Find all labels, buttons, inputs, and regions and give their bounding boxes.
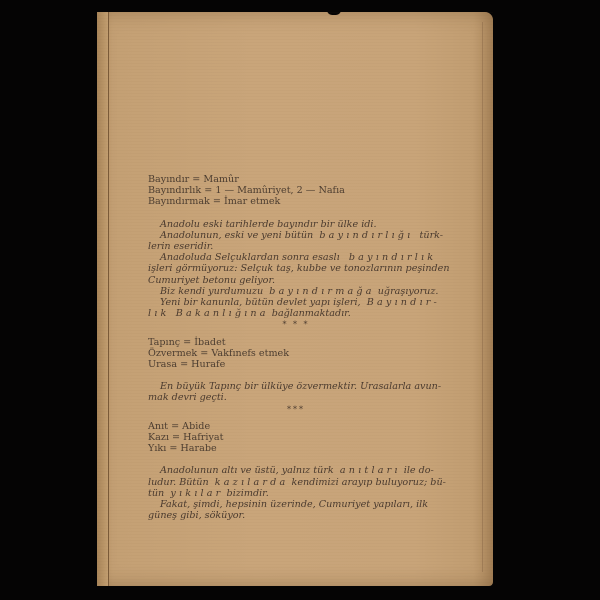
text-line: Biz kendi yurdumuzu bayındırmağa uğraşıy… [148,286,438,297]
text-line: En büyük Tapınç bir ülküye özvermektir. … [148,381,438,392]
spaced-word: bayındırlık [349,252,436,263]
text-line: Fakat, şimdi, hepsinin üzerinde, Cumuriy… [148,499,438,510]
spaced-word: lık Bakanlığına [148,308,269,319]
page-tear [327,10,341,15]
paragraph-1: Anadolu eski tarihlerde bayındır bir ülk… [148,219,438,320]
text-line: işleri görmüyoruz: Selçuk taş, kubbe ve … [148,263,438,274]
definitions-block-2: Tapınç = İbadet Özvermek = Vakfınefs etm… [148,337,438,371]
text-line: ludur. Bütün kazılarda kendimizi arayıp … [148,477,438,488]
text-line: Cumuriyet betonu geliyor. [148,275,438,286]
definitions-block-1: Bayındır = Mamûr Bayındırlık = 1 — Mamûr… [148,174,438,208]
text-line: Anadolu eski tarihlerde bayındır bir ülk… [148,219,438,230]
definitions-block-3: Anıt = Abide Kazı = Hafriyat Yıkı = Hara… [148,421,438,455]
spaced-word: kazılarda [215,477,289,488]
spaced-word: anıtları [340,465,401,476]
definition-line: Yıkı = Harabe [148,443,438,454]
definition-line: Urasa = Hurafe [148,359,438,370]
text-line: tün yıkılar bizimdir. [148,488,438,499]
book-spine [97,12,109,586]
definition-line: Tapınç = İbadet [148,337,438,348]
definition-line: Bayındırmak = İmar etmek [148,196,438,207]
spaced-word: Bayındır- [367,297,440,308]
page-text: Bayındır = Mamûr Bayındırlık = 1 — Mamûr… [148,174,438,521]
page-edge-line [482,22,483,572]
text-line: lerin eseridir. [148,241,438,252]
definition-line: Bayındır = Mamûr [148,174,438,185]
text-line: Anadolunun altı ve üstü, yalnız türk anı… [148,465,438,476]
section-separator: * * * [148,319,438,330]
text-line: lık Bakanlığına bağlanmaktadır. [148,308,438,319]
text-line: Anadolunun, eski ve yeni bütün bayındırl… [148,230,438,241]
spaced-word: yıkılar [170,488,223,499]
paragraph-2: En büyük Tapınç bir ülküye özvermektir. … [148,381,438,403]
definition-line: Kazı = Hafriyat [148,432,438,443]
definition-line: Özvermek = Vakfınefs etmek [148,348,438,359]
text-line: güneş gibi, söküyor. [148,510,438,521]
text-line: Anadoluda Selçuklardan sonra esaslı bayı… [148,252,438,263]
definition-line: Bayındırlık = 1 — Mamûriyet, 2 — Nafıa [148,185,438,196]
section-separator: *** [148,404,438,415]
paragraph-3: Anadolunun altı ve üstü, yalnız türk anı… [148,465,438,521]
text-line: mak devri geçti. [148,392,438,403]
spaced-word: bayındırlığı [319,230,413,241]
definition-line: Anıt = Abide [148,421,438,432]
spaced-word: bayındırmağa [269,286,374,297]
text-line: Yeni bir kanunla, bütün devlet yapı işle… [148,297,438,308]
